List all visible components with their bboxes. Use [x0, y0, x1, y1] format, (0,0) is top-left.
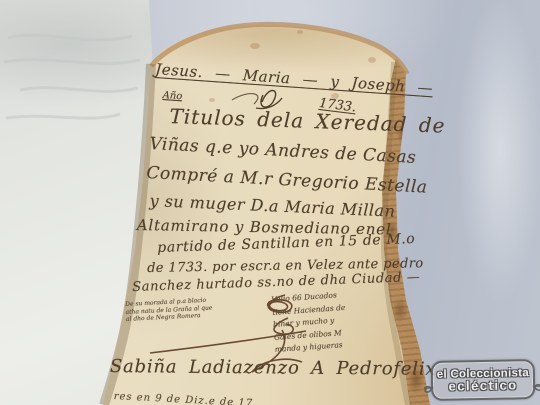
bottom-entry-line: Sabiña Ladiazenzo A Pedrofelix	[110, 356, 437, 380]
side-annotation: Valio 66 Ducados tiene Haciendas de bina…	[271, 289, 348, 356]
watermark-text-bottom: ecléctico	[448, 377, 517, 393]
margin-annotation: De su morada al p.a blacio atha natu de …	[125, 296, 213, 323]
photo-of-antique-manuscript: Jesus. — Maria — y Joseph — Año 1733. Ti…	[0, 0, 540, 405]
watermark-frame: el Coleccionista ecléctico	[431, 359, 536, 401]
year-label: Año	[162, 90, 182, 102]
watermark-logo: el Coleccionista ecléctico	[424, 356, 540, 404]
